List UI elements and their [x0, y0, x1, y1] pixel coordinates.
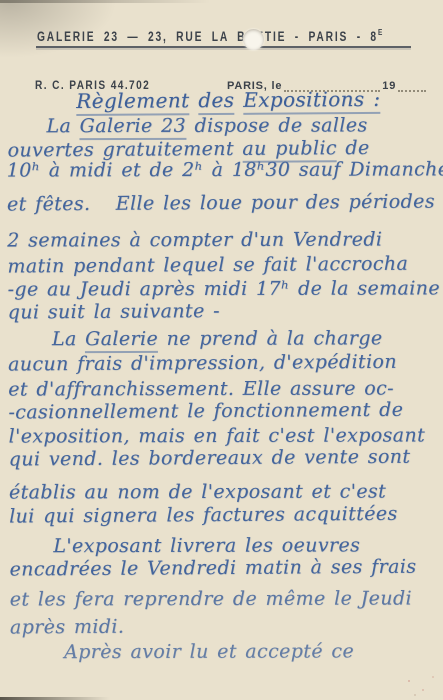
manuscript-line: matin pendant lequel se fait l'accrocha	[7, 253, 408, 279]
underlined-handwriting: Expositions :	[243, 87, 380, 115]
handwriting-text: aucun frais d'impression, d'expédition	[8, 351, 397, 376]
scanned-letter-page: GALERIE 23 — 23, RUE LA BOETIE - PARIS -…	[0, 0, 443, 700]
manuscript-line: La Galerie 23 dispose de salles	[46, 114, 367, 138]
handwriting-text: matin pendant lequel se fait l'accrocha	[7, 253, 408, 278]
manuscript-line: -ge au Jeudi après midi 17ʰ de la semain…	[8, 277, 441, 301]
manuscript-line: qui vend. les bordereaux de vente sont	[9, 446, 411, 472]
handwriting-text: -casionnellement le fonctionnement de	[8, 399, 403, 424]
manuscript-line: L'exposant livrera les oeuvres	[53, 534, 360, 558]
handwriting-text: 2 semaines à compter d'un Vendredi	[7, 229, 382, 252]
manuscript-line: après midi.	[10, 616, 125, 640]
handwriting-text: et d'affranchissement. Elle assure oc-	[8, 377, 394, 400]
handwriting-text: qui vend. les bordereaux de vente sont	[9, 446, 411, 471]
manuscript-line: lui qui signera les factures acquittées	[9, 503, 398, 529]
manuscript-line: et fêtes. Elle les loue pour des période…	[7, 190, 443, 216]
handwriting-text: -ge au Jeudi après midi 17ʰ de la semain…	[8, 277, 441, 300]
underlined-handwriting: Galerie 23	[80, 115, 187, 140]
manuscript-line: -casionnellement le fonctionnement de	[8, 399, 403, 425]
handwriting-text: après midi.	[10, 616, 125, 639]
handwriting-text: encadrées le Vendredi matin à ses frais	[9, 556, 416, 581]
handwriting-text: de	[337, 137, 370, 159]
manuscript-line: 10ʰ à midi et de 2ʰ à 18ʰ30 sauf Dimanch…	[7, 158, 443, 182]
manuscript-line: encadrées le Vendredi matin à ses frais	[9, 556, 416, 582]
handwriting-text	[234, 88, 243, 112]
manuscript-line: aucun frais d'impression, d'expédition	[8, 351, 397, 377]
handwriting-text: l'exposition, mais en fait c'est l'expos…	[9, 424, 426, 447]
manuscript-title: Règlement des Expositions :	[76, 88, 380, 113]
handwriting-text	[189, 88, 198, 112]
handwriting-text: établis au nom de l'exposant et c'est	[9, 480, 386, 503]
handwriting-text: La	[46, 115, 79, 137]
manuscript-line: et les fera reprendre de même le Jeudi	[10, 587, 412, 611]
handwriting-text: La	[52, 328, 85, 350]
underlined-handwriting: des	[198, 88, 234, 115]
handwriting-text: Après avoir lu et accepté ce	[64, 640, 354, 663]
handwriting-text: ouvertes gratuitement	[8, 138, 243, 162]
manuscript-line: qui suit la suivante -	[8, 300, 220, 324]
manuscript-line: établis au nom de l'exposant et c'est	[9, 480, 386, 504]
handwriting-text: lui qui signera les factures acquittées	[9, 503, 398, 528]
underlined-handwriting: Galerie	[85, 328, 158, 353]
manuscript-line: La Galerie ne prend à la charge	[52, 327, 383, 351]
handwriting-text: et fêtes. Elle les loue pour des période…	[7, 190, 443, 215]
manuscript-line: 2 semaines à compter d'un Vendredi	[7, 229, 382, 253]
manuscript-line: Après avoir lu et accepté ce	[64, 640, 354, 664]
handwriting-text: dispose de salles	[186, 114, 368, 136]
manuscript-line: et d'affranchissement. Elle assure oc-	[8, 377, 394, 401]
handwriting-text: 10ʰ à midi et de 2ʰ à 18ʰ30 sauf Dimanch…	[7, 158, 443, 181]
underlined-handwriting: Règlement	[76, 88, 189, 116]
handwriting-text: L'exposant livrera les oeuvres	[53, 534, 360, 557]
manuscript-line: l'exposition, mais en fait c'est l'expos…	[9, 424, 426, 448]
handwriting-text: et les fera reprendre de même le Jeudi	[10, 587, 412, 610]
manuscript: Règlement des Expositions :La Galerie 23…	[0, 0, 443, 700]
handwriting-text: qui suit la suivante -	[8, 300, 220, 323]
handwriting-text: ne prend à la charge	[158, 327, 382, 350]
